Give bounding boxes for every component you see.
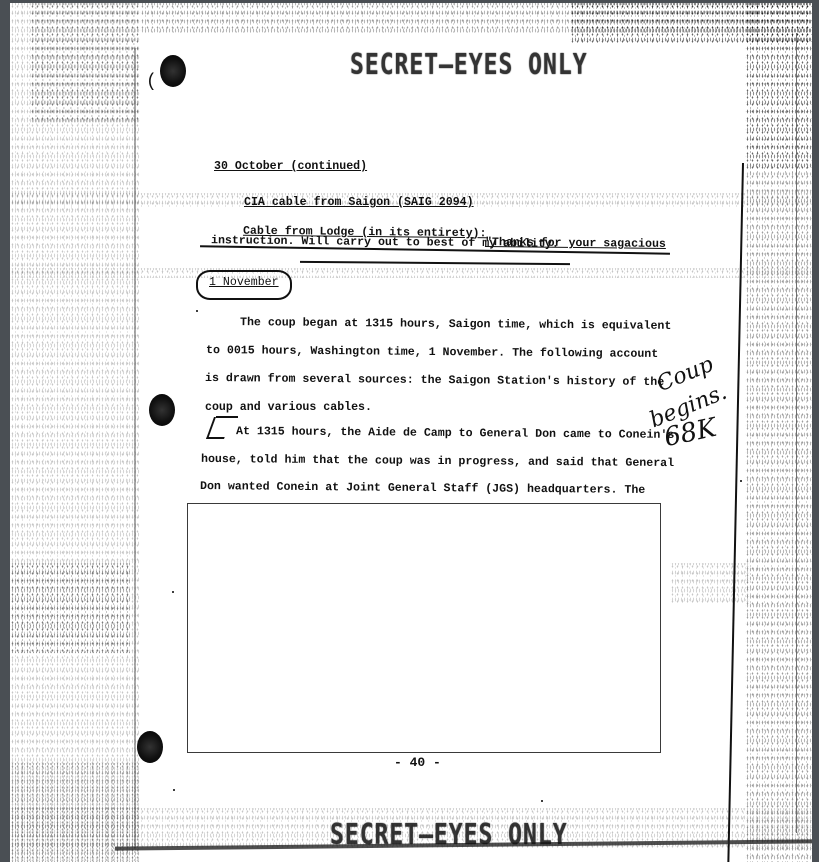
punch-hole-top (160, 55, 186, 87)
viewer-frame-left (0, 0, 10, 862)
scan-noise-band-2 (10, 268, 812, 278)
scan-speck (173, 789, 175, 791)
scan-speck (541, 800, 543, 802)
scan-speck (172, 591, 174, 593)
scan-noise-right-top (745, 3, 812, 173)
paragraph-1-line-4: coup and various cables. (205, 401, 372, 414)
punch-hole-middle (149, 394, 175, 426)
date-heading: 1 November (209, 276, 279, 289)
redacted-region (187, 503, 661, 753)
punch-hole-bottom (137, 731, 163, 763)
cable-heading-1: CIA cable from Saigon (SAIG 2094) (244, 196, 474, 209)
classification-stamp-top: SECRET—EYES ONLY (350, 49, 588, 82)
scan-noise-left-top (30, 3, 140, 123)
viewer-frame-right (812, 0, 819, 862)
scan-noise-left (10, 3, 140, 862)
scan-speck (196, 310, 198, 312)
scan-noise-right-band (670, 563, 750, 603)
section-heading: 30 October (continued) (214, 160, 367, 173)
paren-mark: ( (146, 72, 157, 92)
page-number: - 40 - (394, 755, 441, 770)
scan-speck (740, 480, 742, 482)
scan-noise-left-mid (10, 563, 130, 653)
classification-stamp-bottom: SECRET—EYES ONLY (330, 819, 568, 852)
page-edge-right-secondary (796, 33, 797, 833)
page-edge-left (134, 48, 136, 848)
